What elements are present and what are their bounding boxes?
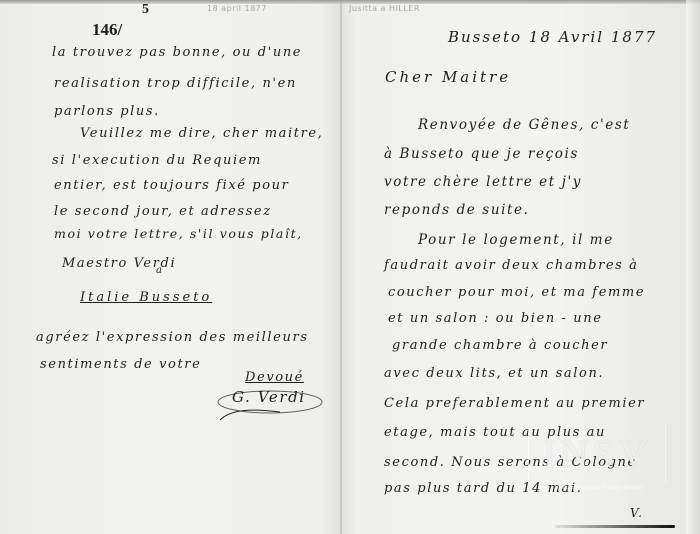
right-line: Pour le logement, il me (418, 232, 614, 248)
signature: G. Verdi (210, 380, 330, 430)
scan-right-edge (686, 0, 700, 534)
left-line: parlons plus. (54, 104, 160, 119)
scan-bottom-edge (555, 525, 675, 528)
left-line: a (156, 265, 164, 276)
left-line: entier, est toujours fixé pour (54, 178, 289, 193)
right-line: coucher pour moi, et ma femme (388, 285, 645, 300)
place-date: Busseto 18 Avril 1877 (448, 28, 657, 46)
pencil-recipient-note: Jusitta a HILLER (349, 4, 420, 13)
page-fold (340, 0, 342, 534)
left-line: le second jour, et adressez (54, 204, 272, 219)
left-line: agréez l'expression des meilleurs (36, 330, 309, 345)
salutation: Cher Maitre (385, 68, 511, 86)
archive-watermark: INSV (528, 424, 666, 482)
left-line: sentiments de votre (40, 357, 201, 372)
initial-mark: V. (630, 506, 644, 520)
right-line: votre chère lettre et j'y (384, 174, 582, 190)
signature-text: G. Verdi (232, 388, 306, 406)
right-line: et un salon : ou bien - une (388, 311, 603, 326)
letter-scan: 146/ 5 18 april 1877 Jusitta a HILLER la… (0, 0, 700, 534)
folio-number: 146/ (92, 20, 122, 40)
right-line: grande chambre à coucher (392, 338, 608, 353)
folio-subnumber: 5 (142, 2, 149, 18)
left-line: moi votre lettre, s'il vous plaît, (54, 226, 303, 241)
left-line: Veuillez me dire, cher maitre, (80, 126, 323, 141)
left-line: la trouvez pas bonne, ou d'une (52, 45, 302, 60)
right-line: avec deux lits, et un salon. (384, 366, 604, 381)
left-line: realisation trop difficile, n'en (54, 76, 297, 91)
right-line: Cela preferablement au premier (384, 396, 645, 411)
right-line: à Busseto que je reçois (384, 146, 579, 162)
watermark-subtitle: Istituto Nazionale di Studi Verdiani (525, 485, 675, 491)
right-line: Renvoyée de Gênes, c'est (418, 117, 630, 133)
right-line: faudrait avoir deux chambres à (384, 258, 639, 273)
right-line: reponds de suite. (384, 202, 530, 218)
address-line: Italie Busseto (80, 290, 212, 305)
pencil-date-note: 18 april 1877 (207, 4, 267, 13)
left-line: si l'execution du Requiem (52, 153, 262, 168)
